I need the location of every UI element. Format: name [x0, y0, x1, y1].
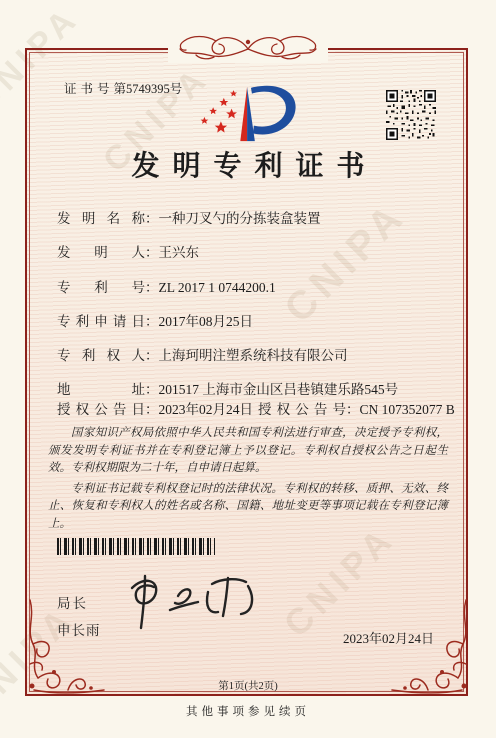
field-label: 发明名称: [57, 207, 145, 227]
field-value: 王兴东: [159, 245, 200, 260]
field-inventor: 发明人：王兴东: [57, 241, 199, 261]
legal-paragraph-2: 专利证书记载专利权登记时的法律状况。专利权的转移、质押、无效、终止、恢复和专利权…: [48, 481, 448, 534]
grant-date-label: 授权公告日: [57, 398, 145, 418]
field-invention-name: 发明名称：一种刀叉勺的分拣装盒装置: [57, 207, 321, 227]
signer-title: 局长: [57, 592, 88, 612]
patent-certificate-page: { "certificate": { "cert_no": { "label":…: [0, 0, 496, 738]
field-grant-row: 授权公告日：2023年02月24日授权公告号：CN 107352077 B: [57, 398, 455, 418]
field-value: ZL 2017 1 0744200.1: [159, 280, 276, 295]
field-value: 一种刀叉勺的分拣装盒装置: [159, 211, 321, 226]
field-value: 上海珂明注塑系统科技有限公司: [159, 348, 348, 363]
certificate-number-value: 第5749395号: [114, 82, 183, 96]
grant-number-group: 授权公告号：CN 107352077 B: [258, 402, 455, 417]
field-label: 专利申请日: [57, 310, 145, 330]
field-label: 发明人: [57, 241, 145, 261]
colon: ：: [145, 280, 159, 295]
field-address: 地址：201517 上海市金山区吕巷镇建乐路545号: [57, 378, 398, 398]
field-application-date: 专利申请日：2017年08月25日: [57, 310, 253, 330]
cnipa-logo-icon: [196, 82, 304, 146]
legal-paragraph-1: 国家知识产权局依照中华人民共和国专利法进行审查，决定授予专利权，颁发发明专利证书…: [48, 425, 448, 478]
certificate-title: 发明专利证书: [0, 144, 496, 184]
colon: ：: [145, 402, 159, 417]
grant-date-value: 2023年02月24日: [159, 402, 254, 417]
colon: ：: [145, 314, 159, 329]
field-patent-number: 专利号：ZL 2017 1 0744200.1: [57, 276, 276, 296]
grant-number-label: 授权公告号: [258, 398, 346, 418]
field-patentee: 专利权人：上海珂明注塑系统科技有限公司: [57, 344, 348, 364]
qr-code-icon: [386, 90, 436, 140]
grant-date-group: 授权公告日：2023年02月24日: [57, 398, 258, 418]
colon: ：: [145, 211, 159, 226]
field-value: 201517 上海市金山区吕巷镇建乐路545号: [159, 382, 399, 397]
issue-date: 2023年02月24日: [343, 628, 434, 647]
colon: ：: [145, 245, 159, 260]
field-label: 地址: [57, 378, 145, 398]
colon: ：: [145, 382, 159, 397]
certificate-number: 证书号第5749395号: [64, 79, 182, 97]
grant-number-value: CN 107352077 B: [360, 402, 455, 417]
field-value: 2017年08月25日: [159, 314, 254, 329]
barcode-icon: [57, 538, 215, 555]
top-dragon-ornament-icon: [168, 33, 328, 63]
colon: ：: [346, 402, 360, 417]
continuation-note: 其他事项参见续页: [0, 703, 496, 719]
field-label: 专利权人: [57, 344, 145, 364]
handwritten-signature-icon: [112, 570, 287, 636]
certificate-number-label: 证书号: [64, 82, 114, 96]
legal-text-block: 国家知识产权局依照中华人民共和国专利法进行审查，决定授予专利权，颁发发明专利证书…: [48, 425, 448, 536]
signer-name: 申长雨: [57, 619, 101, 639]
field-label: 专利号: [57, 276, 145, 296]
colon: ：: [145, 348, 159, 363]
page-number: 第1页(共2页): [0, 678, 496, 693]
